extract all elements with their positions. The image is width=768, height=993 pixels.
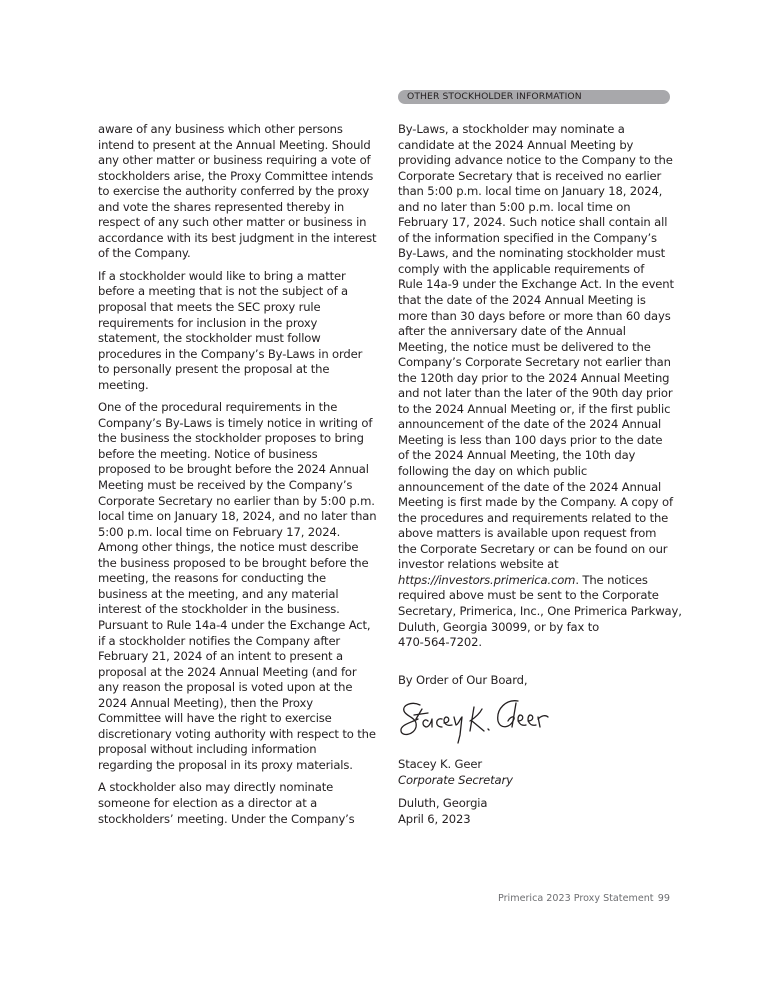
- page-number: 99: [658, 893, 670, 904]
- paragraph-procedural-requirements: One of the procedural requirements in th…: [98, 400, 380, 773]
- signature-image: [398, 695, 598, 747]
- investor-relations-url[interactable]: https://investors.primerica.com: [398, 573, 575, 587]
- signer-block: Stacey K. Geer Corporate Secretary: [398, 757, 680, 788]
- paragraph-proxy-authority: aware of any business which other person…: [98, 122, 380, 262]
- section-header-label: OTHER STOCKHOLDER INFORMATION: [407, 91, 582, 102]
- publication-title: Primerica 2023 Proxy Statement: [498, 893, 654, 904]
- paragraph-bring-matter: If a stockholder would like to bring a m…: [98, 269, 380, 393]
- location: Duluth, Georgia: [398, 796, 680, 812]
- right-column: By-Laws, a stockholder may nominate a ca…: [398, 122, 680, 834]
- paragraph-direct-nomination: A stockholder also may directly nominate…: [98, 780, 380, 827]
- closing-salutation: By Order of Our Board,: [398, 673, 680, 689]
- section-header-bar: OTHER STOCKHOLDER INFORMATION: [398, 90, 670, 104]
- page-footer: Primerica 2023 Proxy Statement 99: [498, 893, 670, 904]
- location-date-block: Duluth, Georgia April 6, 2023: [398, 796, 680, 827]
- paragraph-nomination-bylaws: By-Laws, a stockholder may nominate a ca…: [398, 122, 680, 651]
- left-column: aware of any business which other person…: [98, 122, 380, 834]
- signer-name: Stacey K. Geer: [398, 757, 680, 773]
- date: April 6, 2023: [398, 812, 680, 828]
- signer-title: Corporate Secretary: [398, 773, 680, 789]
